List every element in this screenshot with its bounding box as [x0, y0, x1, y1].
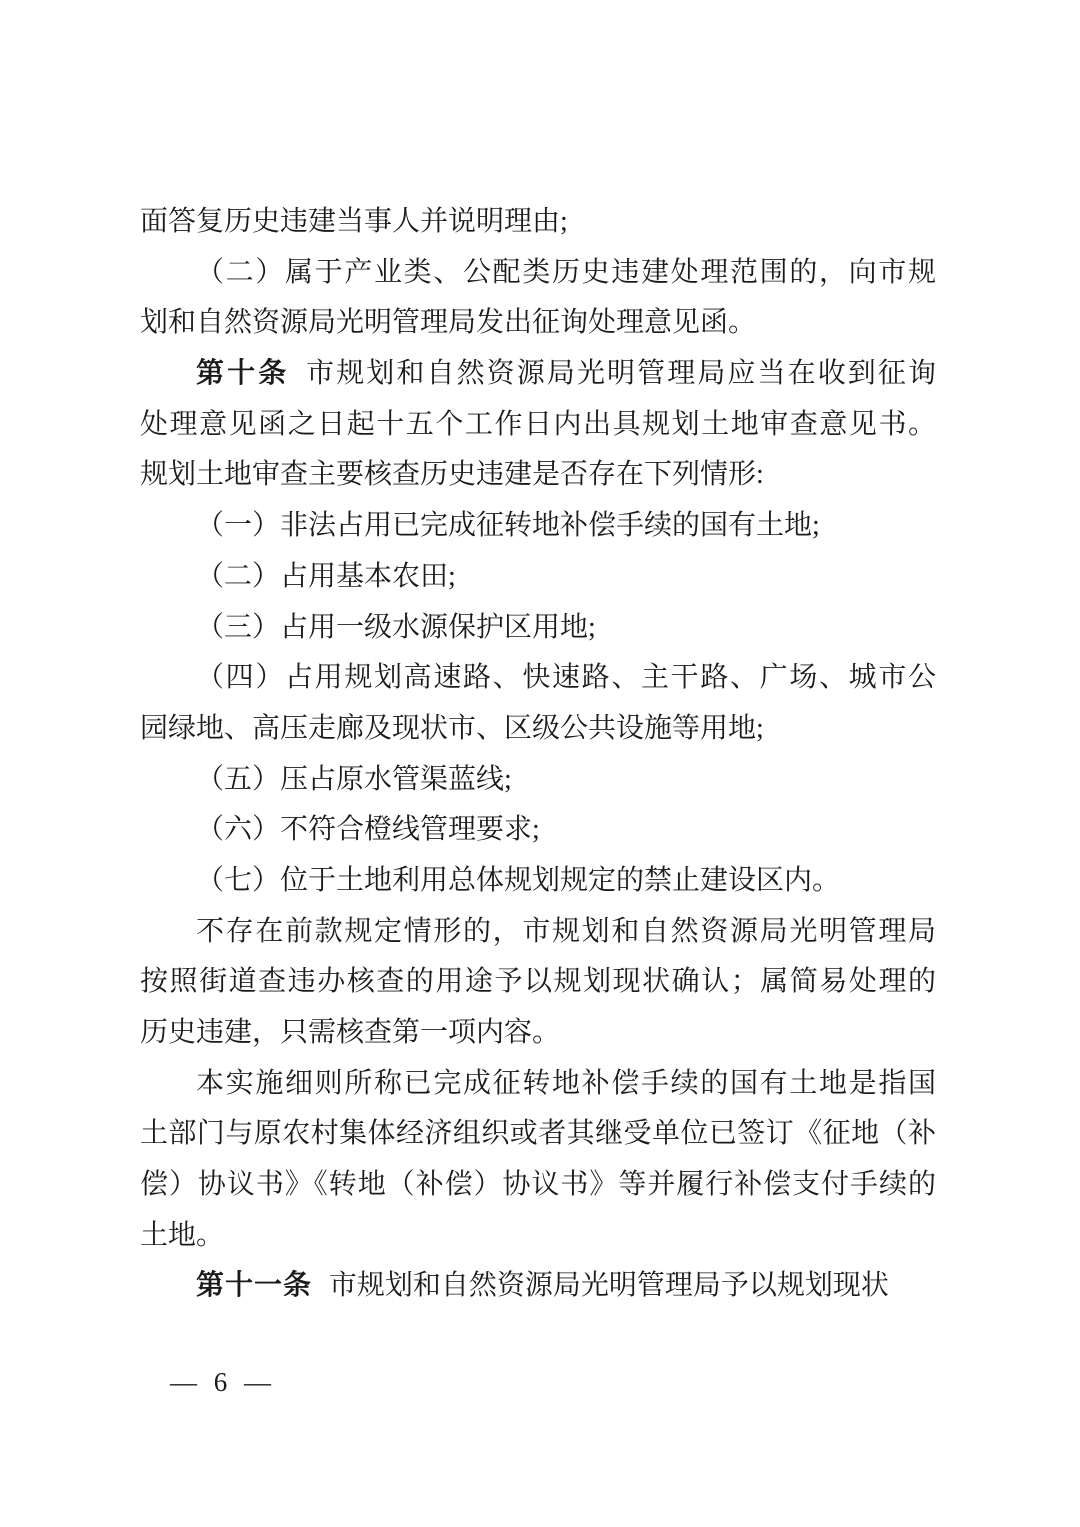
text-line: 土部门与原农村集体经济组织或者其继受单位已签订《征地（补 [140, 1109, 936, 1160]
text-line: 按照街道查违办核查的用途予以规划现状确认；属简易处理的 [140, 957, 936, 1008]
text-line: 划和自然资源局光明管理局发出征询处理意见函。 [140, 298, 936, 349]
text-line: （七）位于土地利用总体规划规定的禁止建设区内。 [140, 856, 936, 907]
article-number: 第十一条 [196, 1270, 312, 1301]
document-body: 面答复历史违建当事人并说明理由;（二）属于产业类、公配类历史违建处理范围的，向市… [140, 197, 936, 1312]
text-line: （三）占用一级水源保护区用地; [140, 603, 936, 654]
text-line: （一）非法占用已完成征转地补偿手续的国有土地; [140, 501, 936, 552]
text-line: （五）压占原水管渠蓝线; [140, 755, 936, 806]
text-line: （四）占用规划高速路、快速路、主干路、广场、城市公 [140, 653, 936, 704]
text-line: 园绿地、高压走廊及现状市、区级公共设施等用地; [140, 704, 936, 755]
text-line: （二）占用基本农田; [140, 552, 936, 603]
text-line: 偿）协议书》《转地（补偿）协议书》等并履行补偿支付手续的 [140, 1160, 936, 1211]
text-line: 第十条市规划和自然资源局光明管理局应当在收到征询 [140, 349, 936, 400]
article-number: 第十条 [196, 358, 289, 389]
page-number: — 6 — [170, 1365, 276, 1399]
text-line: （六）不符合橙线管理要求; [140, 805, 936, 856]
text-line: 第十一条市规划和自然资源局光明管理局予以规划现状 [140, 1261, 936, 1312]
text-line: 本实施细则所称已完成征转地补偿手续的国有土地是指国 [140, 1059, 936, 1110]
text-line: 土地。 [140, 1211, 936, 1262]
text-line: 历史违建，只需核查第一项内容。 [140, 1008, 936, 1059]
document-page: 面答复历史违建当事人并说明理由;（二）属于产业类、公配类历史违建处理范围的，向市… [0, 0, 1080, 1527]
text-line: 面答复历史违建当事人并说明理由; [140, 197, 936, 248]
text-line: 处理意见函之日起十五个工作日内出具规划土地审查意见书。 [140, 400, 936, 451]
text-line: 不存在前款规定情形的，市规划和自然资源局光明管理局 [140, 907, 936, 958]
text-line: （二）属于产业类、公配类历史违建处理范围的，向市规 [140, 248, 936, 299]
text-line: 规划土地审查主要核查历史违建是否存在下列情形: [140, 450, 936, 501]
